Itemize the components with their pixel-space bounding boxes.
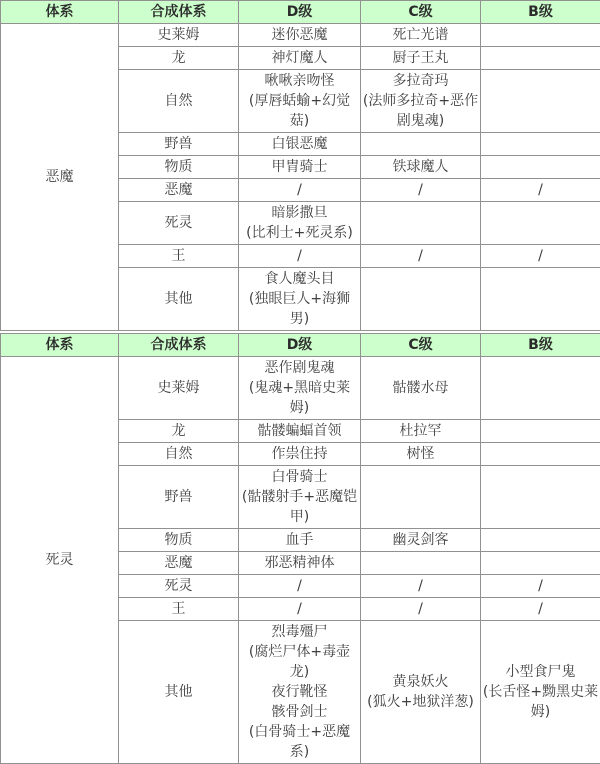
d-rank-cell: / bbox=[239, 245, 361, 268]
c-rank-cell: 多拉奇玛 (法师多拉奇+恶作剧鬼魂) bbox=[361, 70, 481, 133]
d-rank-cell: 甲胄骑士 bbox=[239, 156, 361, 179]
c-rank-cell: 幽灵剑客 bbox=[361, 529, 481, 552]
b-rank-cell bbox=[481, 529, 600, 552]
b-rank-cell bbox=[481, 268, 600, 331]
subsystem-cell: 其他 bbox=[119, 621, 239, 764]
subsystem-cell: 物质 bbox=[119, 156, 239, 179]
table-row: 恶魔 史莱姆 迷你恶魔 死亡光谱 bbox=[1, 24, 600, 47]
b-rank-cell: 小型食尸鬼 (长舌怪+黝黑史莱姆) bbox=[481, 621, 600, 764]
col-header-b-rank: B级 bbox=[481, 334, 600, 357]
b-rank-cell bbox=[481, 24, 600, 47]
d-rank-cell: / bbox=[239, 575, 361, 598]
col-header-synth-system: 合成体系 bbox=[119, 334, 239, 357]
subsystem-cell: 野兽 bbox=[119, 133, 239, 156]
c-rank-cell bbox=[361, 466, 481, 529]
d-rank-cell: 迷你恶魔 bbox=[239, 24, 361, 47]
b-rank-cell bbox=[481, 552, 600, 575]
d-rank-cell: 作祟住持 bbox=[239, 443, 361, 466]
d-rank-cell: 烈毒殭尸 (腐烂尸体+毒壶龙) 夜行靴怪 骸骨剑士 (白骨骑士+恶魔系) bbox=[239, 621, 361, 764]
col-header-b-rank: B级 bbox=[481, 1, 600, 24]
system-cell: 恶魔 bbox=[1, 24, 119, 331]
c-rank-cell: 黄泉妖火 (狐火+地狱洋葱) bbox=[361, 621, 481, 764]
col-header-c-rank: C级 bbox=[361, 334, 481, 357]
d-rank-cell: 血手 bbox=[239, 529, 361, 552]
col-header-d-rank: D级 bbox=[239, 1, 361, 24]
system-cell: 死灵 bbox=[1, 357, 119, 764]
subsystem-cell: 物质 bbox=[119, 529, 239, 552]
c-rank-cell bbox=[361, 202, 481, 245]
subsystem-cell: 王 bbox=[119, 245, 239, 268]
d-rank-cell: 暗影撒旦 (比利士+死灵系) bbox=[239, 202, 361, 245]
subsystem-cell: 恶魔 bbox=[119, 179, 239, 202]
b-rank-cell bbox=[481, 156, 600, 179]
col-header-system: 体系 bbox=[1, 334, 119, 357]
subsystem-cell: 自然 bbox=[119, 443, 239, 466]
c-rank-cell: 骷髅水母 bbox=[361, 357, 481, 420]
c-rank-cell: 厨子王丸 bbox=[361, 47, 481, 70]
b-rank-cell bbox=[481, 202, 600, 245]
subsystem-cell: 王 bbox=[119, 598, 239, 621]
d-rank-cell: / bbox=[239, 598, 361, 621]
b-rank-cell: / bbox=[481, 598, 600, 621]
synthesis-table-undead: 体系 合成体系 D级 C级 B级 死灵 史莱姆 恶作剧鬼魂 (鬼魂+黑暗史莱姆)… bbox=[0, 333, 600, 764]
b-rank-cell: / bbox=[481, 245, 600, 268]
d-rank-cell: 恶作剧鬼魂 (鬼魂+黑暗史莱姆) bbox=[239, 357, 361, 420]
b-rank-cell bbox=[481, 70, 600, 133]
header-row: 体系 合成体系 D级 C级 B级 bbox=[1, 334, 600, 357]
d-rank-cell: 白骨骑士 (骷髅射手+恶魔铠甲) bbox=[239, 466, 361, 529]
d-rank-cell: 啾啾亲吻怪 (厚唇蛞蝓+幻觉菇) bbox=[239, 70, 361, 133]
d-rank-cell: 白银恶魔 bbox=[239, 133, 361, 156]
synthesis-table-demon: 体系 合成体系 D级 C级 B级 恶魔 史莱姆 迷你恶魔 死亡光谱 龙 神灯魔人… bbox=[0, 0, 600, 331]
monster-synthesis-page: 体系 合成体系 D级 C级 B级 恶魔 史莱姆 迷你恶魔 死亡光谱 龙 神灯魔人… bbox=[0, 0, 600, 764]
b-rank-cell bbox=[481, 133, 600, 156]
c-rank-cell bbox=[361, 268, 481, 331]
d-rank-cell: 神灯魔人 bbox=[239, 47, 361, 70]
subsystem-cell: 史莱姆 bbox=[119, 24, 239, 47]
b-rank-cell bbox=[481, 443, 600, 466]
c-rank-cell: 杜拉罕 bbox=[361, 420, 481, 443]
subsystem-cell: 野兽 bbox=[119, 466, 239, 529]
subsystem-cell: 龙 bbox=[119, 47, 239, 70]
c-rank-cell: / bbox=[361, 179, 481, 202]
col-header-synth-system: 合成体系 bbox=[119, 1, 239, 24]
b-rank-cell bbox=[481, 466, 600, 529]
b-rank-cell: / bbox=[481, 179, 600, 202]
c-rank-cell: / bbox=[361, 575, 481, 598]
b-rank-cell bbox=[481, 357, 600, 420]
c-rank-cell: / bbox=[361, 598, 481, 621]
header-row: 体系 合成体系 D级 C级 B级 bbox=[1, 1, 600, 24]
subsystem-cell: 其他 bbox=[119, 268, 239, 331]
subsystem-cell: 死灵 bbox=[119, 202, 239, 245]
d-rank-cell: 食人魔头目 (独眼巨人+海狮男) bbox=[239, 268, 361, 331]
b-rank-cell bbox=[481, 420, 600, 443]
b-rank-cell: / bbox=[481, 575, 600, 598]
b-rank-cell bbox=[481, 47, 600, 70]
col-header-c-rank: C级 bbox=[361, 1, 481, 24]
c-rank-cell: 树怪 bbox=[361, 443, 481, 466]
col-header-d-rank: D级 bbox=[239, 334, 361, 357]
d-rank-cell: / bbox=[239, 179, 361, 202]
c-rank-cell: 死亡光谱 bbox=[361, 24, 481, 47]
subsystem-cell: 自然 bbox=[119, 70, 239, 133]
c-rank-cell bbox=[361, 552, 481, 575]
subsystem-cell: 史莱姆 bbox=[119, 357, 239, 420]
subsystem-cell: 死灵 bbox=[119, 575, 239, 598]
c-rank-cell: / bbox=[361, 245, 481, 268]
d-rank-cell: 骷髅蝙蝠首领 bbox=[239, 420, 361, 443]
subsystem-cell: 龙 bbox=[119, 420, 239, 443]
d-rank-cell: 邪恶精神体 bbox=[239, 552, 361, 575]
c-rank-cell: 铁球魔人 bbox=[361, 156, 481, 179]
c-rank-cell bbox=[361, 133, 481, 156]
table-row: 死灵 史莱姆 恶作剧鬼魂 (鬼魂+黑暗史莱姆) 骷髅水母 bbox=[1, 357, 600, 420]
subsystem-cell: 恶魔 bbox=[119, 552, 239, 575]
col-header-system: 体系 bbox=[1, 1, 119, 24]
